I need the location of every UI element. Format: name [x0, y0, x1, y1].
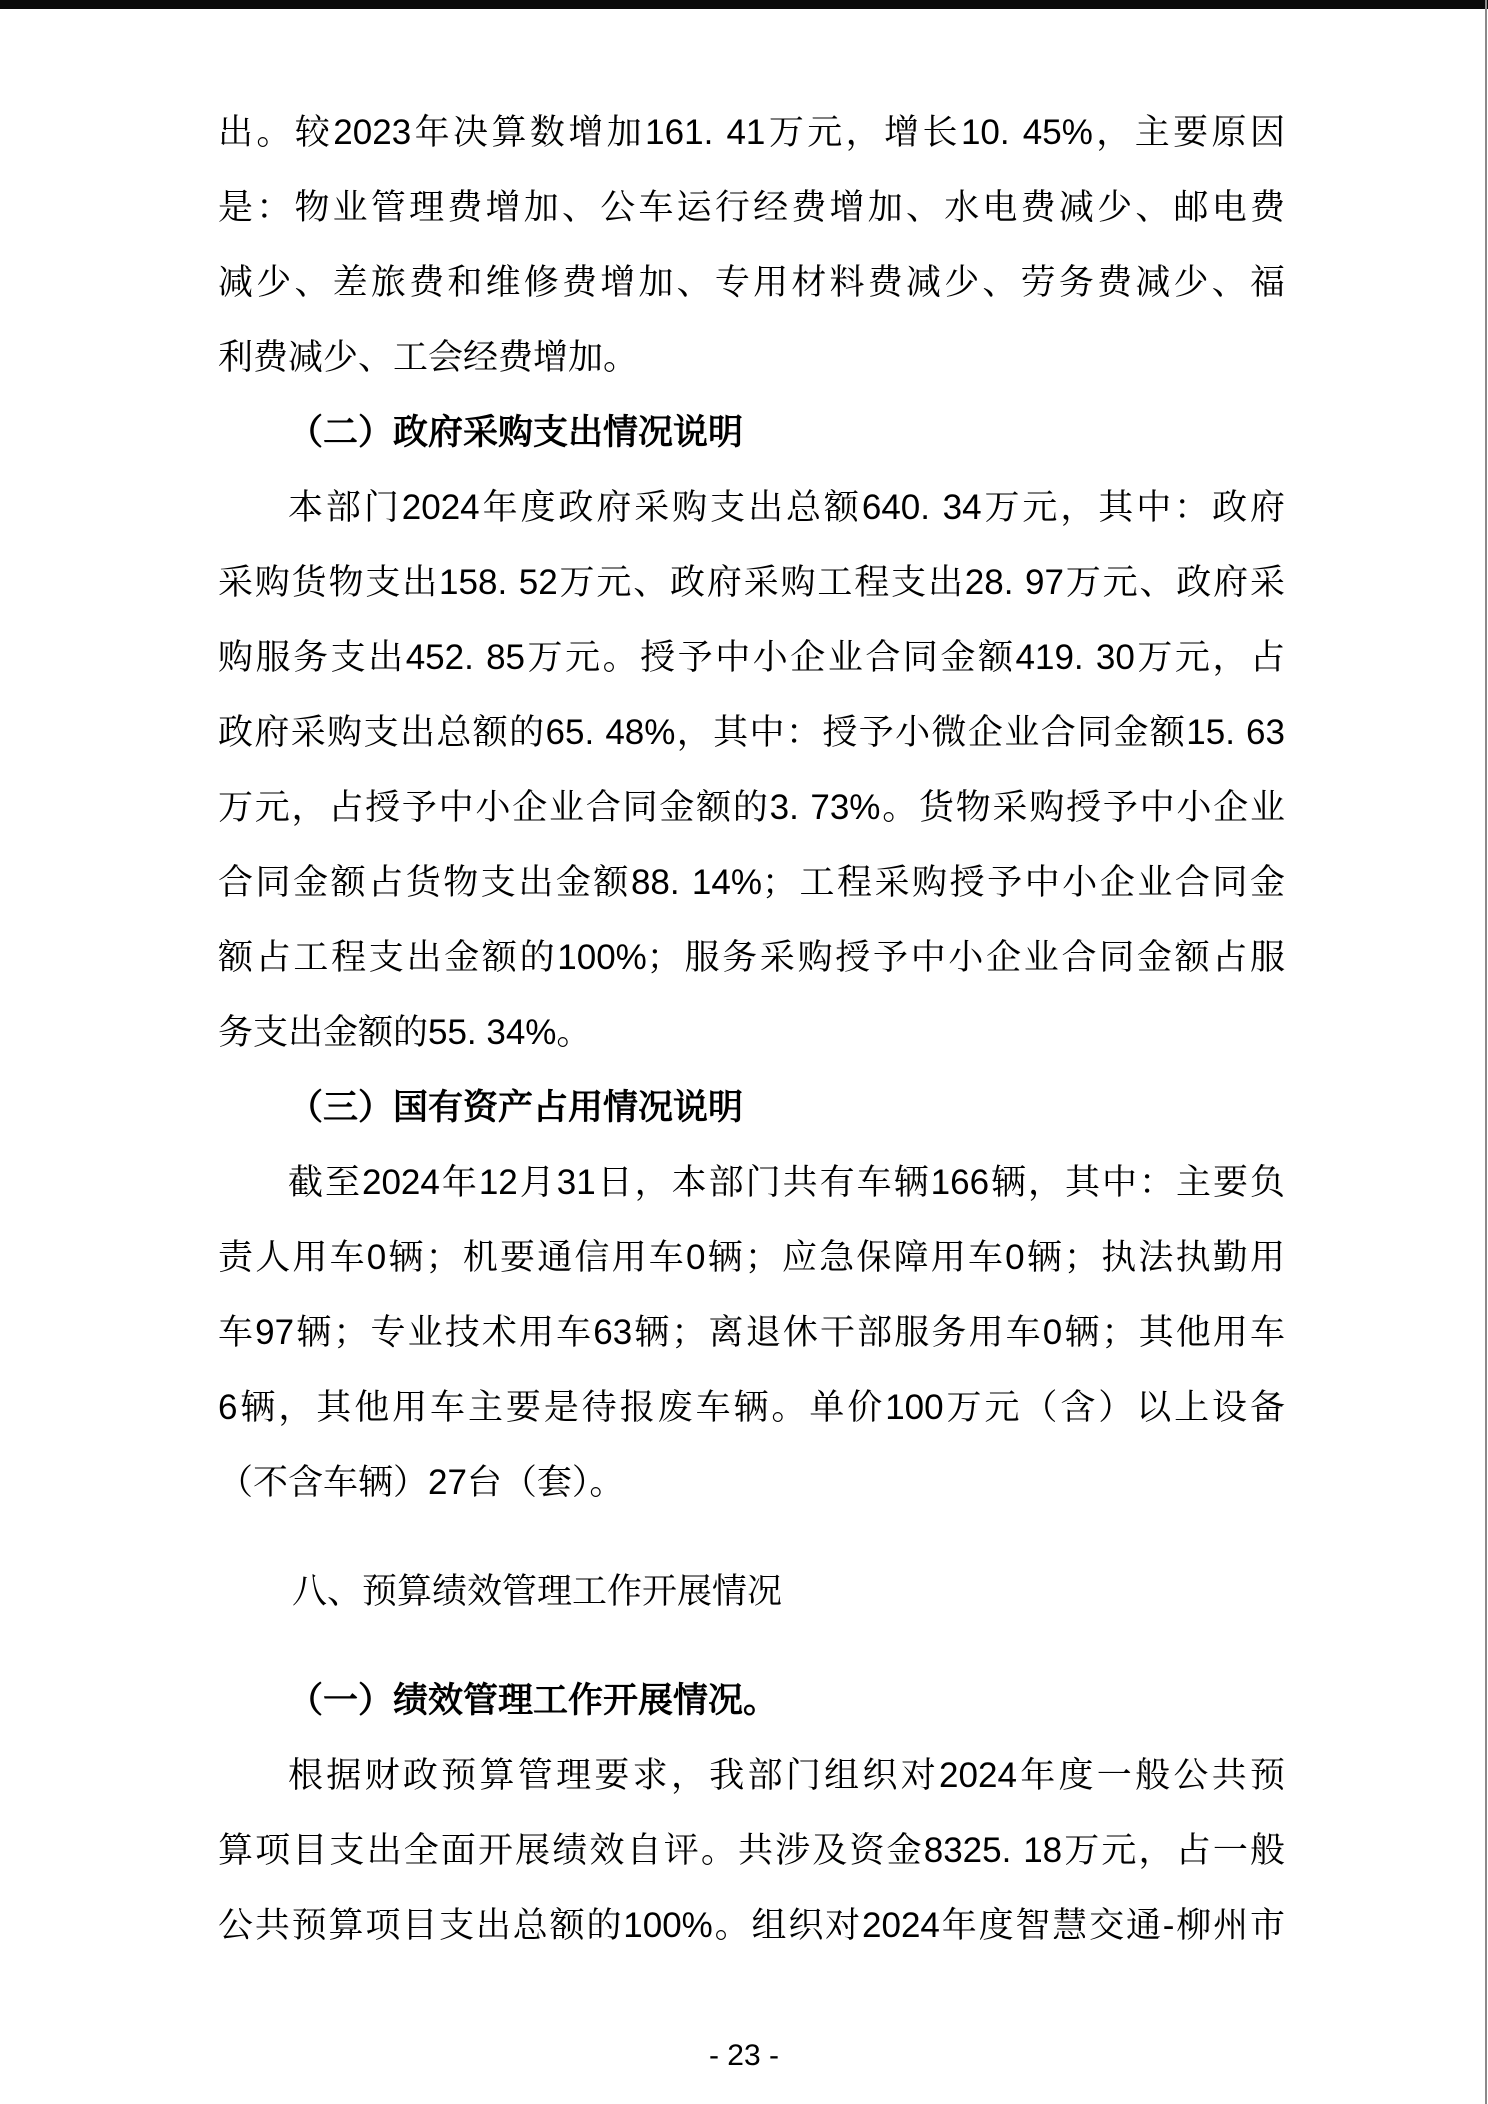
section-heading: 八、预算绩效管理工作开展情况 — [218, 1554, 1285, 1629]
text-line: 算项目支出全面开展绩效自评。共涉及资金8325. 18万元，占一般 — [218, 1813, 1285, 1888]
text-line: 购服务支出452. 85万元。授予中小企业合同金额419. 30万元，占 — [218, 620, 1285, 695]
text-line: 车97辆；专业技术用车63辆；离退休干部服务用车0辆；其他用车 — [218, 1295, 1285, 1370]
text-line: 公共预算项目支出总额的100%。组织对2024年度智慧交通-柳州市 — [218, 1888, 1285, 1963]
text-line: （不含车辆）27台（套）。 — [218, 1445, 1285, 1520]
text-line: 6辆，其他用车主要是待报废车辆。单价100万元（含）以上设备 — [218, 1370, 1285, 1445]
window-right-edge — [1485, 0, 1487, 2104]
paragraph: 本部门2024年度政府采购支出总额640. 34万元，其中：政府采购货物支出15… — [218, 470, 1285, 1070]
text-line: 出。较2023年决算数增加161. 41万元，增长10. 45%，主要原因 — [218, 95, 1285, 170]
window-top-bar — [0, 0, 1488, 9]
text-line: 是：物业管理费增加、公车运行经费增加、水电费减少、邮电费 — [218, 170, 1285, 245]
document-body: 出。较2023年决算数增加161. 41万元，增长10. 45%，主要原因是：物… — [218, 95, 1285, 1963]
text-line: 利费减少、工会经费增加。 — [218, 320, 1285, 395]
text-line: 万元，占授予中小企业合同金额的3. 73%。货物采购授予中小企业 — [218, 770, 1285, 845]
paragraph: 截至2024年12月31日，本部门共有车辆166辆，其中：主要负责人用车0辆；机… — [218, 1145, 1285, 1520]
text-line: 本部门2024年度政府采购支出总额640. 34万元，其中：政府 — [218, 470, 1285, 545]
text-line: 采购货物支出158. 52万元、政府采购工程支出28. 97万元、政府采 — [218, 545, 1285, 620]
page-number: - 23 - — [0, 2036, 1488, 2076]
text-line: 政府采购支出总额的65. 48%，其中：授予小微企业合同金额15. 63 — [218, 695, 1285, 770]
text-line: 务支出金额的55. 34%。 — [218, 995, 1285, 1070]
subsection-heading: （一）绩效管理工作开展情况。 — [218, 1663, 1285, 1738]
paragraph: 出。较2023年决算数增加161. 41万元，增长10. 45%，主要原因是：物… — [218, 95, 1285, 395]
text-line: 减少、差旅费和维修费增加、专用材料费减少、劳务费减少、福 — [218, 245, 1285, 320]
subsection-heading: （二）政府采购支出情况说明 — [218, 395, 1285, 470]
text-line: 合同金额占货物支出金额88. 14%；工程采购授予中小企业合同金 — [218, 845, 1285, 920]
text-line: 截至2024年12月31日，本部门共有车辆166辆，其中：主要负 — [218, 1145, 1285, 1220]
subsection-heading: （三）国有资产占用情况说明 — [218, 1070, 1285, 1145]
paragraph: 根据财政预算管理要求，我部门组织对2024年度一般公共预算项目支出全面开展绩效自… — [218, 1738, 1285, 1963]
text-line: 额占工程支出金额的100%；服务采购授予中小企业合同金额占服 — [218, 920, 1285, 995]
text-line: 责人用车0辆；机要通信用车0辆；应急保障用车0辆；执法执勤用 — [218, 1220, 1285, 1295]
text-line: 根据财政预算管理要求，我部门组织对2024年度一般公共预 — [218, 1738, 1285, 1813]
